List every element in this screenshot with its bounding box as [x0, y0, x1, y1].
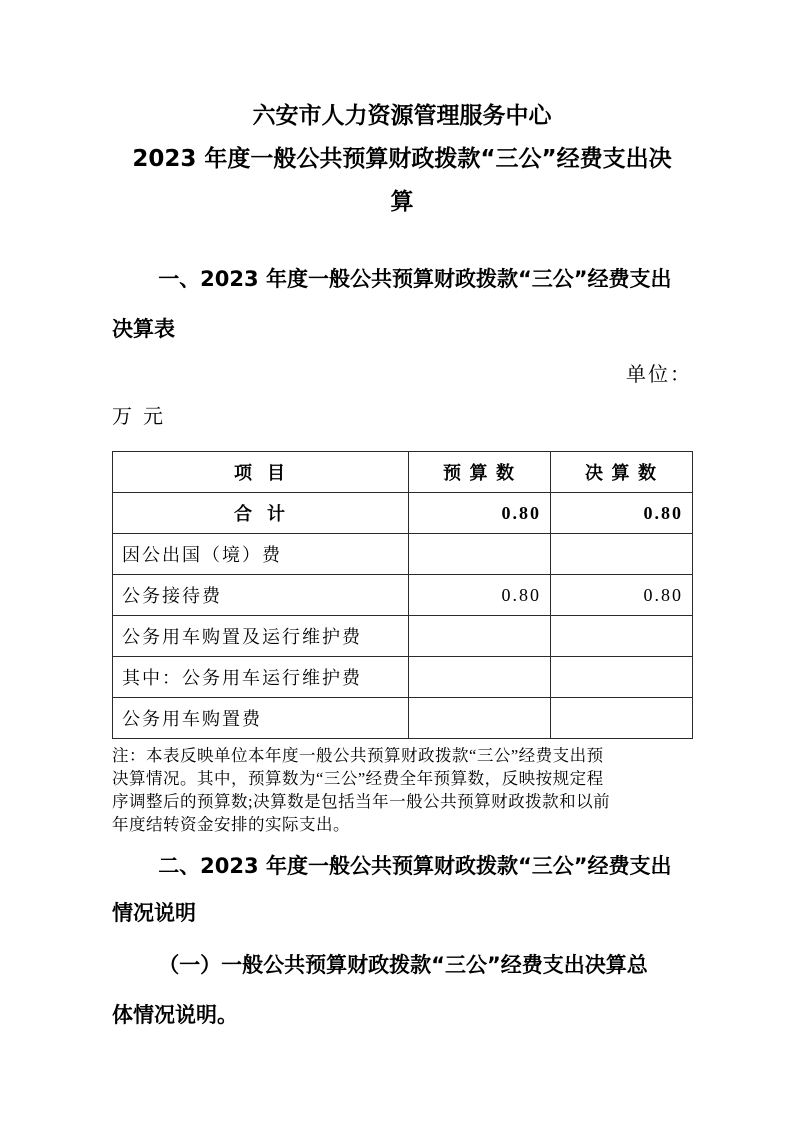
section2-subheading: （一）一般公共预算财政拨款“三公”经费支出决算总 体情况说明。 [112, 940, 692, 1040]
section2-heading-line-2: 情况说明 [112, 890, 692, 937]
table-note-line-1: 注：本表反映单位本年度一般公共预算财政拨款“三公”经费支出预 [112, 744, 692, 767]
cell-item: 公务接待费 [113, 575, 409, 616]
cell-final [551, 616, 693, 657]
cell-item: 公务用车购置费 [113, 698, 409, 739]
document-page: 六安市人力资源管理服务中心 2023 年度一般公共预算财政拨款“三公”经费支出决… [0, 0, 793, 1122]
cell-final [551, 534, 693, 575]
cell-budget [409, 616, 551, 657]
cell-item: 其中：公务用车运行维护费 [113, 657, 409, 698]
table-note-line-2: 决算情况。其中，预算数为“三公”经费全年预算数，反映按规定程 [112, 767, 692, 790]
section2-subheading-line-1: （一）一般公共预算财政拨款“三公”经费支出决算总 [112, 940, 692, 990]
column-header-item: 项 目 [113, 452, 409, 493]
cell-budget: 0.80 [409, 575, 551, 616]
table-row-abroad: 因公出国（境）费 [113, 534, 693, 575]
table-row-total: 合 计 0.80 0.80 [113, 493, 693, 534]
doc-title: 六安市人力资源管理服务中心 2023 年度一般公共预算财政拨款“三公”经费支出决… [112, 95, 692, 224]
table-row-vehicle-operation: 其中：公务用车运行维护费 [113, 657, 693, 698]
column-header-budget: 预 算 数 [409, 452, 551, 493]
section2-heading: 二、2023 年度一般公共预算财政拨款“三公”经费支出 情况说明 [112, 843, 692, 937]
section1-heading-line-2: 决算表 [112, 304, 692, 354]
cell-final: 0.80 [551, 493, 693, 534]
cell-item: 合 计 [113, 493, 409, 534]
table-row-vehicle-purchase: 公务用车购置费 [113, 698, 693, 739]
cell-budget: 0.80 [409, 493, 551, 534]
cell-budget [409, 698, 551, 739]
three-public-expenses-table: 项 目 预 算 数 决 算 数 合 计 0.80 0.80 因公出国（境）费 公… [112, 451, 693, 739]
section2-subheading-line-2: 体情况说明。 [112, 990, 692, 1040]
cell-final [551, 698, 693, 739]
table-row-vehicle-total: 公务用车购置及运行维护费 [113, 616, 693, 657]
cell-final: 0.80 [551, 575, 693, 616]
column-header-final: 决 算 数 [551, 452, 693, 493]
unit-label: 单位： [112, 354, 692, 396]
table-note-line-3: 序调整后的预算数;决算数是包括当年一般公共预算财政拨款和以前 [112, 790, 692, 813]
unit-value: 万 元 [112, 396, 692, 438]
table-note: 注：本表反映单位本年度一般公共预算财政拨款“三公”经费支出预 决算情况。其中，预… [112, 744, 692, 836]
doc-title-line-3: 算 [112, 181, 692, 224]
cell-budget [409, 657, 551, 698]
table-header-row: 项 目 预 算 数 决 算 数 [113, 452, 693, 493]
section1-heading-line-1: 一、2023 年度一般公共预算财政拨款“三公”经费支出 [112, 254, 692, 304]
cell-item: 公务用车购置及运行维护费 [113, 616, 409, 657]
cell-final [551, 657, 693, 698]
cell-item: 因公出国（境）费 [113, 534, 409, 575]
doc-title-line-2: 2023 年度一般公共预算财政拨款“三公”经费支出决 [112, 138, 692, 181]
table-note-line-4: 年度结转资金安排的实际支出。 [112, 813, 692, 836]
cell-budget [409, 534, 551, 575]
doc-title-line-1: 六安市人力资源管理服务中心 [112, 95, 692, 138]
section1-heading: 一、2023 年度一般公共预算财政拨款“三公”经费支出 决算表 [112, 254, 692, 354]
section2-heading-line-1: 二、2023 年度一般公共预算财政拨款“三公”经费支出 [112, 843, 692, 890]
table-row-reception: 公务接待费 0.80 0.80 [113, 575, 693, 616]
